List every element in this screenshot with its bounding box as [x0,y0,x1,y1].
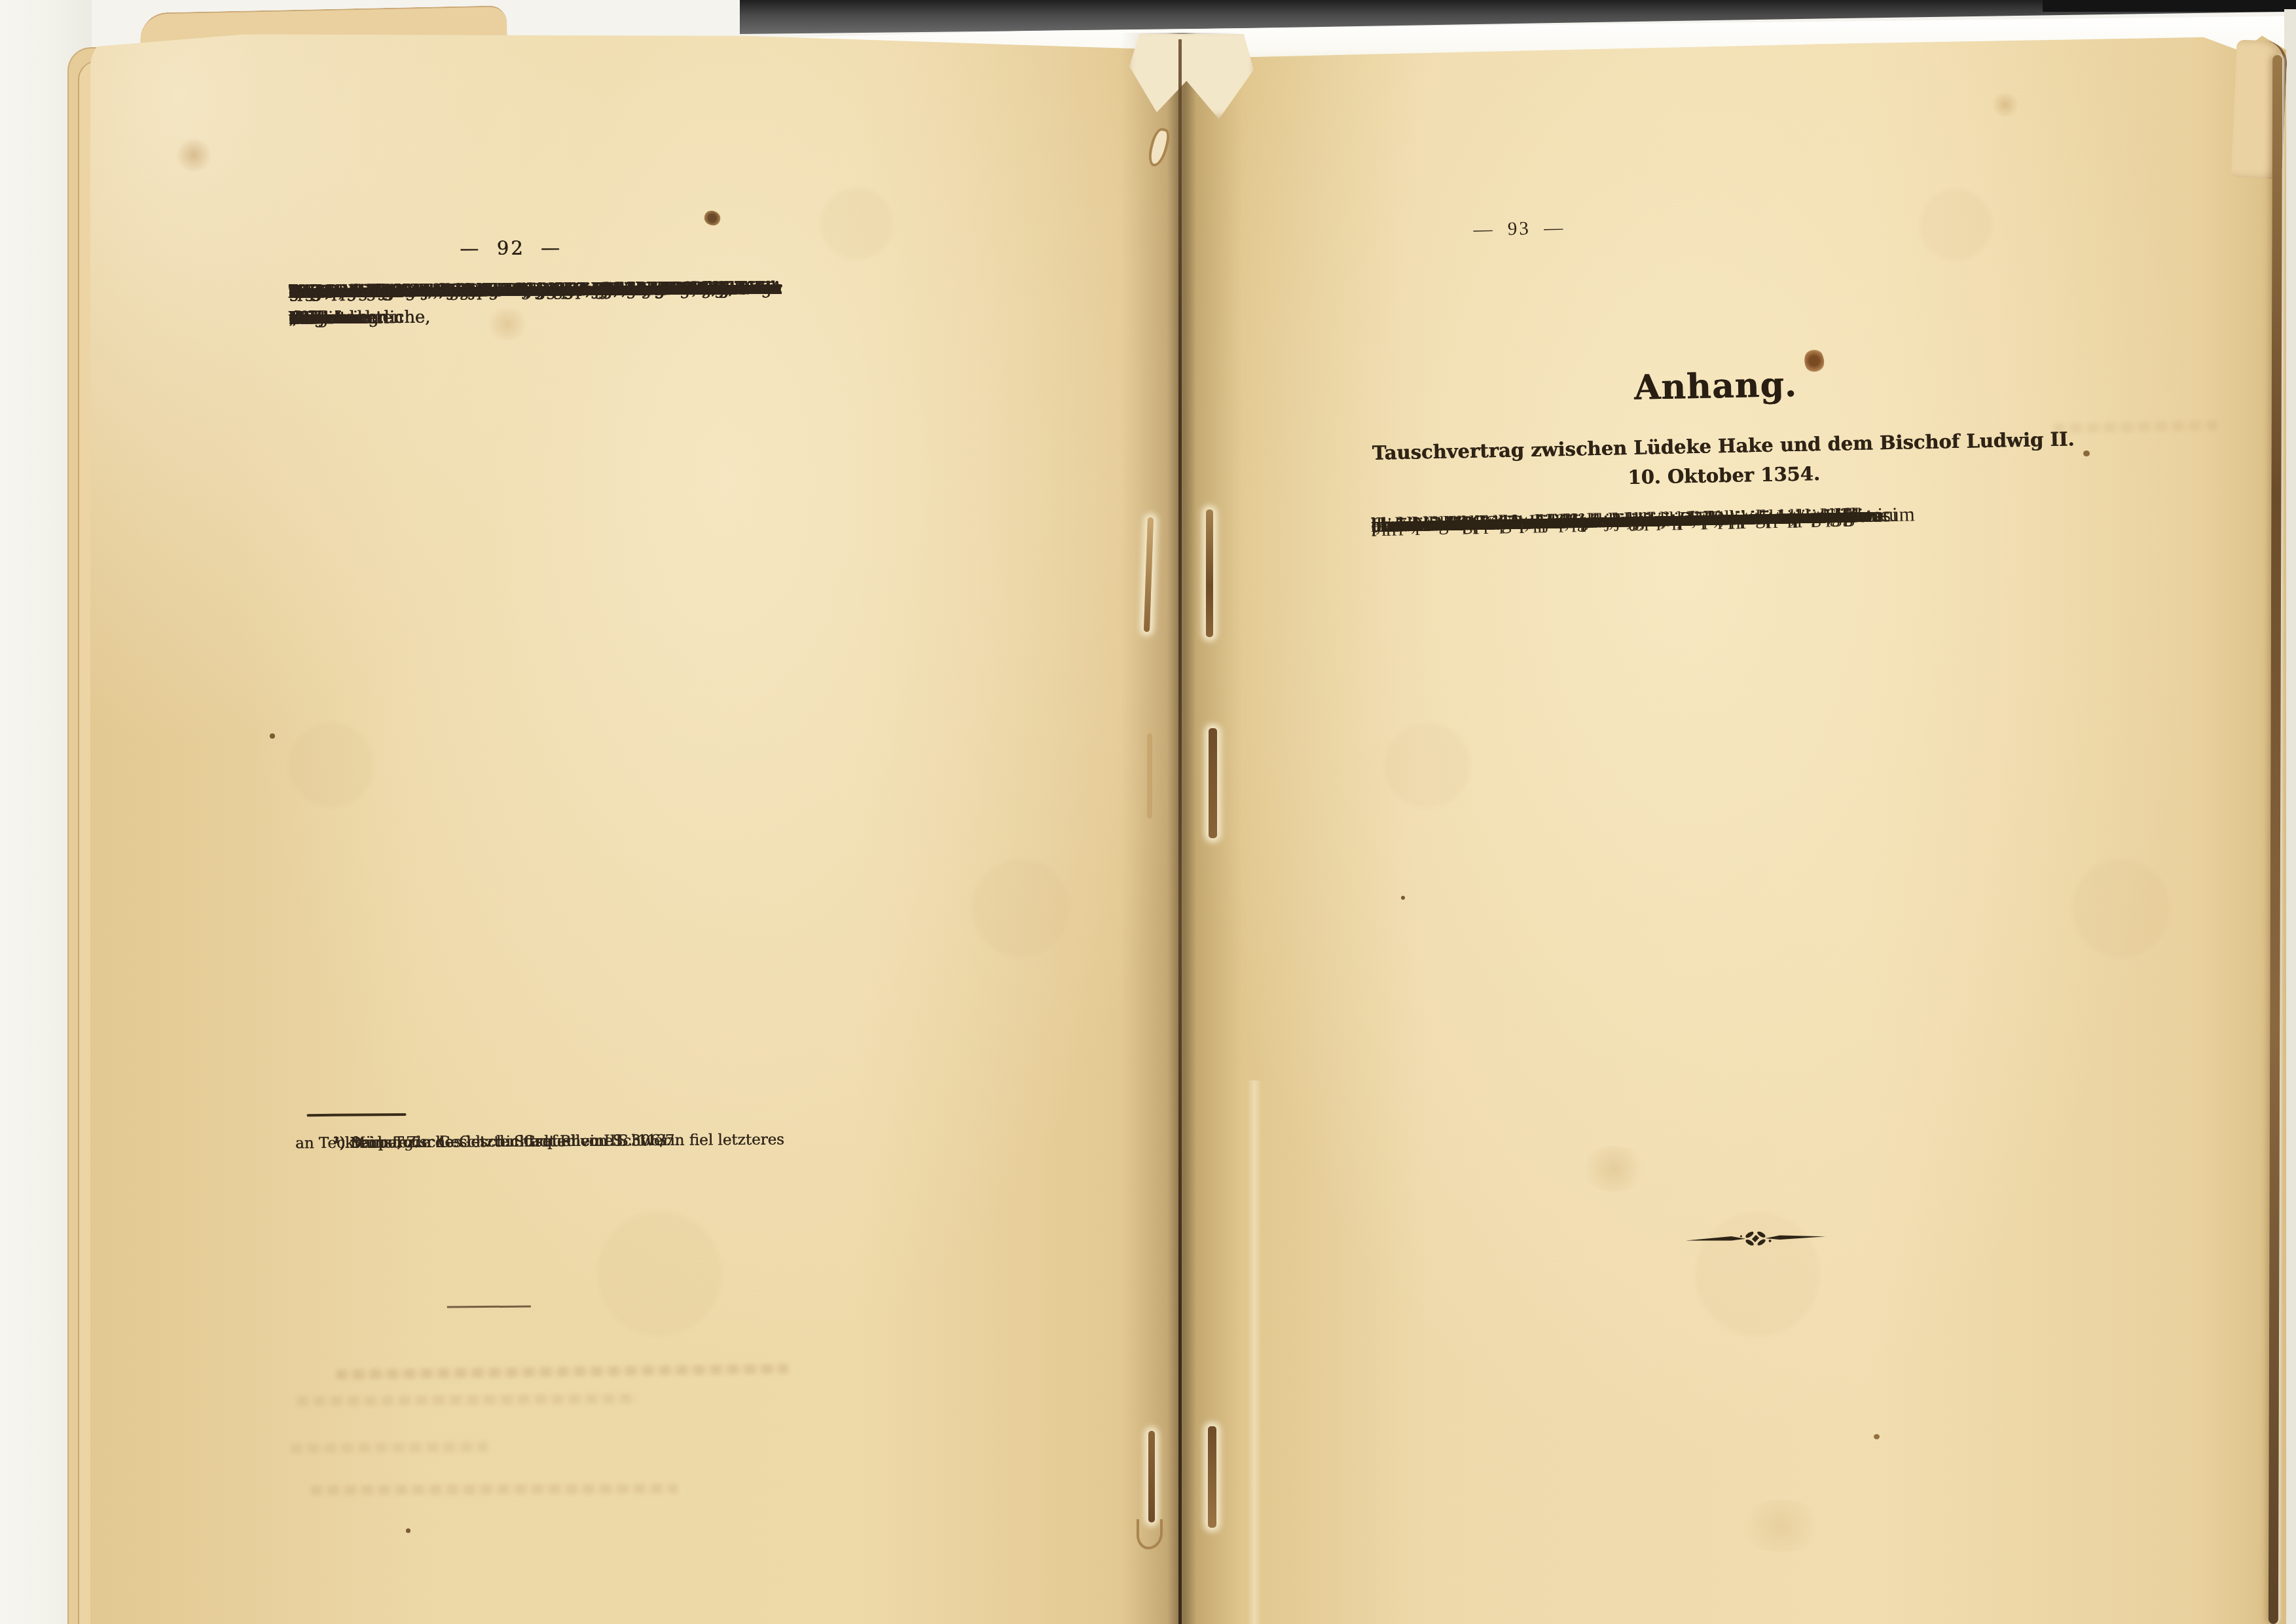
binding-stitch-slit [1206,509,1213,637]
page-number: — 93 — [1365,215,1673,243]
show-through-text [337,1364,788,1380]
left-page-content: — 92 — nicht über sieben Ehepaare, in Ha… [282,234,799,1535]
appendix-subtitle-line2: 10. Oktober 1354. [1357,457,2090,494]
show-through-text [291,1442,487,1453]
binding-stitch-slit [1208,1426,1216,1528]
text-line: Festungsgürtels³). [288,278,444,305]
text-line: ³) Darpe, Zur Gesch. d. Stadt Rheine S. … [295,1128,671,1157]
footnotes: ¹) Münsterische Geschichtsquellen III. 3… [295,1126,788,1130]
scanner-bed-top-edge [2043,0,2296,12]
show-through-text [311,1484,678,1495]
binding-tear [1147,733,1152,819]
ornament-divider [1684,1227,1827,1249]
footnote-rule [307,1113,407,1116]
text-line: domini Mº. CCCº. L IIII in die gereonis … [1371,503,1841,538]
binding-stitch-slit [1148,1431,1155,1522]
section-rule [447,1305,531,1308]
right-body-text: Nos Ludovicus dei gratia mon. eccl. epis… [1371,496,2185,512]
binding-stitch-slit [1209,728,1217,838]
page-number: — 92 — [282,235,740,261]
show-through-text [297,1393,638,1406]
right-page-content: — 93 — Anhang. Tauschvertrag zwischen Lü… [1365,200,2206,1329]
gutter-crease [1178,39,1182,1624]
left-body-text: nicht über sieben Ehepaare, in Hamm nur … [288,275,781,279]
book-scan: — 92 — nicht über sieben Ehepaare, in Ha… [0,0,2296,1624]
appendix-heading: Anhang. [1388,360,2043,413]
